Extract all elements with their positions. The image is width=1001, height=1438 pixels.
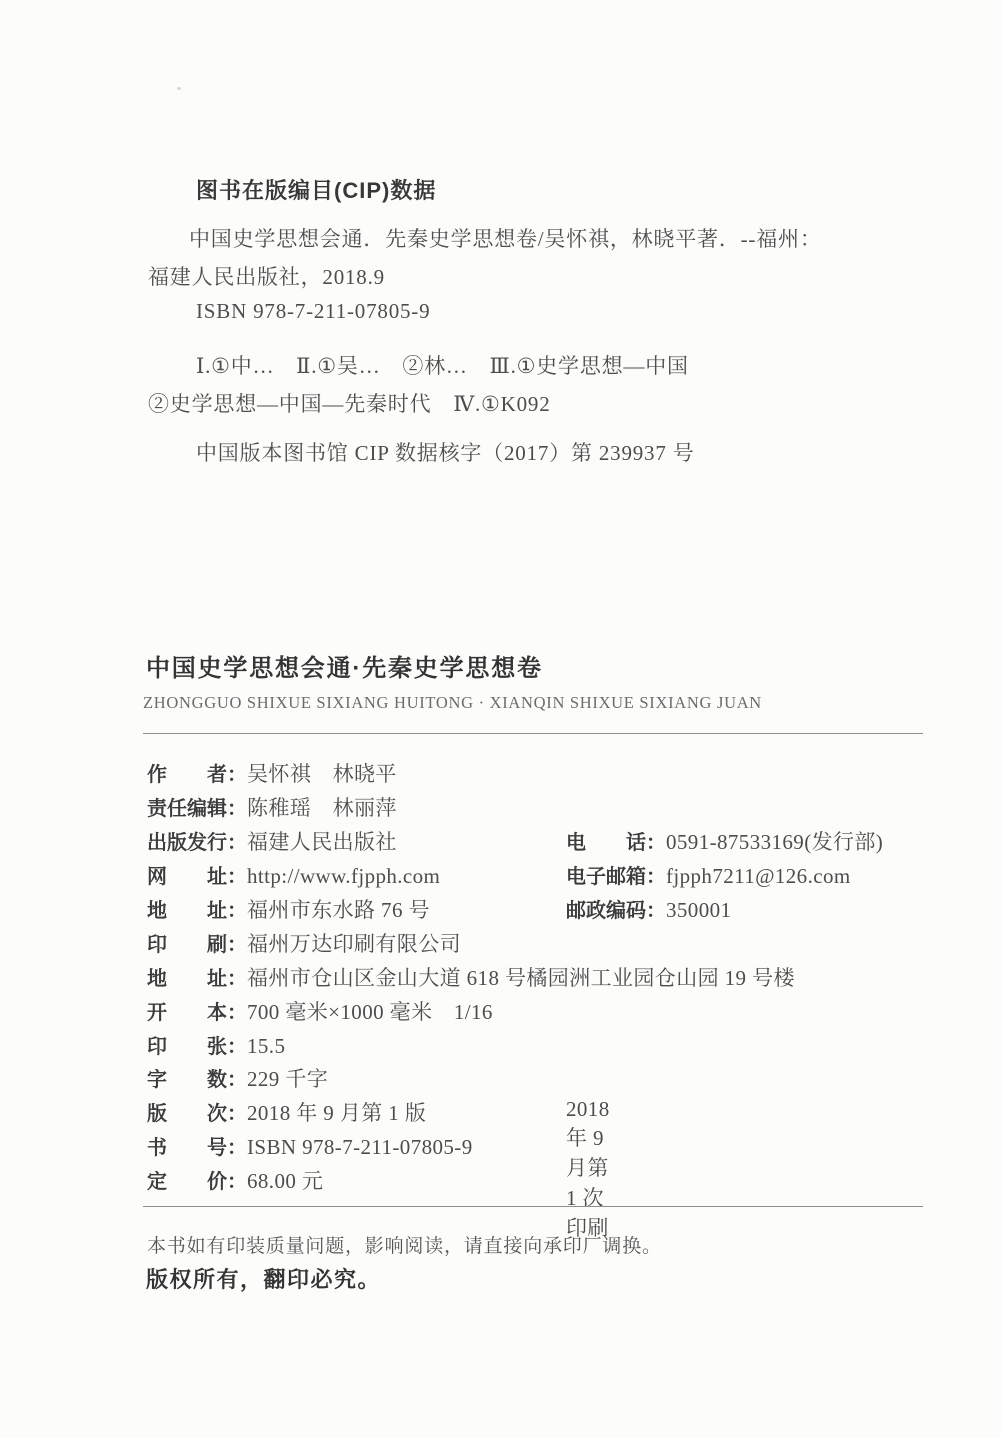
row-label: 书 号： <box>147 1137 247 1159</box>
colophon-row-author: 作 者：吴怀祺 林晓平 <box>147 758 397 788</box>
row-value: http://www.fjpph.com <box>247 864 440 888</box>
row-label: 字 数： <box>147 1069 247 1091</box>
colophon-row-format: 开 本：700 毫米×1000 毫米 1/16 <box>147 996 493 1026</box>
row-value: 陈稚瑶 林丽萍 <box>247 796 397 820</box>
separator-rule-top <box>143 733 923 734</box>
row-label: 印 张： <box>147 1036 247 1058</box>
colophon-row-address: 地 址：福州市东水路 76 号 <box>147 894 430 924</box>
row-value: 吴怀祺 林晓平 <box>247 762 397 786</box>
copyright-statement: 版权所有，翻印必究。 <box>146 1263 381 1294</box>
row-label: 电子邮箱： <box>566 866 666 888</box>
colophon-row-email: 电子邮箱：fjpph7211@126.com <box>566 860 851 889</box>
row-label: 印 刷： <box>147 934 247 956</box>
colophon-row-editor: 责任编辑：陈稚瑶 林丽萍 <box>147 792 397 822</box>
colophon-row-publisher: 出版发行：福建人民出版社 <box>147 826 397 856</box>
cip-heading: 图书在版编目(CIP)数据 <box>196 174 436 205</box>
row-value: ISBN 978-7-211-07805-9 <box>247 1135 473 1159</box>
row-value: 福建人民出版社 <box>247 830 397 854</box>
row-value: 福州市东水路 76 号 <box>247 898 430 922</box>
row-label: 开 本： <box>147 1002 247 1024</box>
colophon-row-price: 定 价：68.00 元 <box>147 1165 323 1195</box>
scan-speck <box>177 87 181 90</box>
row-label: 版 次： <box>147 1103 247 1125</box>
row-label: 责任编辑： <box>147 798 247 820</box>
row-label: 网 址： <box>147 866 247 888</box>
colophon-row-phone: 电 话：0591-87533169(发行部) <box>566 826 883 856</box>
row-value: fjpph7211@126.com <box>666 864 851 888</box>
row-value: 15.5 <box>247 1034 285 1058</box>
colophon-row-wordcount: 字 数：229 千字 <box>147 1063 328 1093</box>
copyright-page: 图书在版编目(CIP)数据 中国史学思想会通．先秦史学思想卷/吴怀祺，林晓平著．… <box>0 0 1001 1438</box>
row-value: 700 毫米×1000 毫米 1/16 <box>247 1000 493 1024</box>
colophon-row-printer-address: 地 址：福州市仓山区金山大道 618 号橘园洲工业园仓山园 19 号楼 <box>147 962 795 992</box>
row-value: 2018 年 9 月第 1 版 <box>247 1101 426 1125</box>
row-value: 350001 <box>666 898 731 922</box>
row-label: 出版发行： <box>147 832 247 854</box>
row-label: 定 价： <box>147 1171 247 1193</box>
row-label: 地 址： <box>147 900 247 922</box>
row-label: 邮政编码： <box>566 900 666 922</box>
quality-notice: 本书如有印装质量问题，影响阅读，请直接向承印厂调换。 <box>147 1231 662 1258</box>
colophon-row-website: 网 址：http://www.fjpph.com <box>147 860 440 889</box>
row-label: 地 址： <box>147 968 247 990</box>
colophon-row-postcode: 邮政编码：350001 <box>566 894 731 923</box>
row-label: 电 话： <box>566 832 666 854</box>
colophon-row-book-number: 书 号：ISBN 978-7-211-07805-9 <box>147 1131 473 1160</box>
cip-description-line1: 中国史学思想会通．先秦史学思想卷/吴怀祺，林晓平著．--福州： <box>189 223 822 253</box>
cip-isbn-line: ISBN 978-7-211-07805-9 <box>196 299 430 324</box>
colophon-row-printer: 印 刷：福州万达印刷有限公司 <box>147 928 461 958</box>
row-value-printing: 2018 年 9 月第 1 次印刷 <box>566 1097 610 1242</box>
row-value: 68.00 元 <box>247 1169 323 1193</box>
separator-rule-bottom <box>143 1206 923 1207</box>
book-title-chinese: 中国史学思想会通·先秦史学思想卷 <box>146 648 543 683</box>
colophon-row-sheets: 印 张：15.5 <box>147 1030 285 1059</box>
row-value: 福州万达印刷有限公司 <box>247 932 461 956</box>
row-label: 作 者： <box>147 764 247 786</box>
cip-classification-line2: ②史学思想—中国—先秦时代 Ⅳ.①K092 <box>148 388 551 418</box>
cip-record-line: 中国版本图书馆 CIP 数据核字（2017）第 239937 号 <box>196 437 695 467</box>
row-value: 0591-87533169(发行部) <box>666 830 883 854</box>
colophon-row-edition: 版 次：2018 年 9 月第 1 版 2018 年 9 月第 1 次印刷 <box>147 1097 426 1127</box>
row-value: 229 千字 <box>247 1067 328 1091</box>
row-value: 福州市仓山区金山大道 618 号橘园洲工业园仓山园 19 号楼 <box>247 966 795 990</box>
cip-classification-line1: Ⅰ.①中… Ⅱ.①吴… ②林… Ⅲ.①史学思想—中国 <box>196 350 689 380</box>
cip-description-line2: 福建人民出版社，2018.9 <box>148 261 385 291</box>
book-title-pinyin: ZHONGGUO SHIXUE SIXIANG HUITONG · XIANQI… <box>143 693 762 713</box>
